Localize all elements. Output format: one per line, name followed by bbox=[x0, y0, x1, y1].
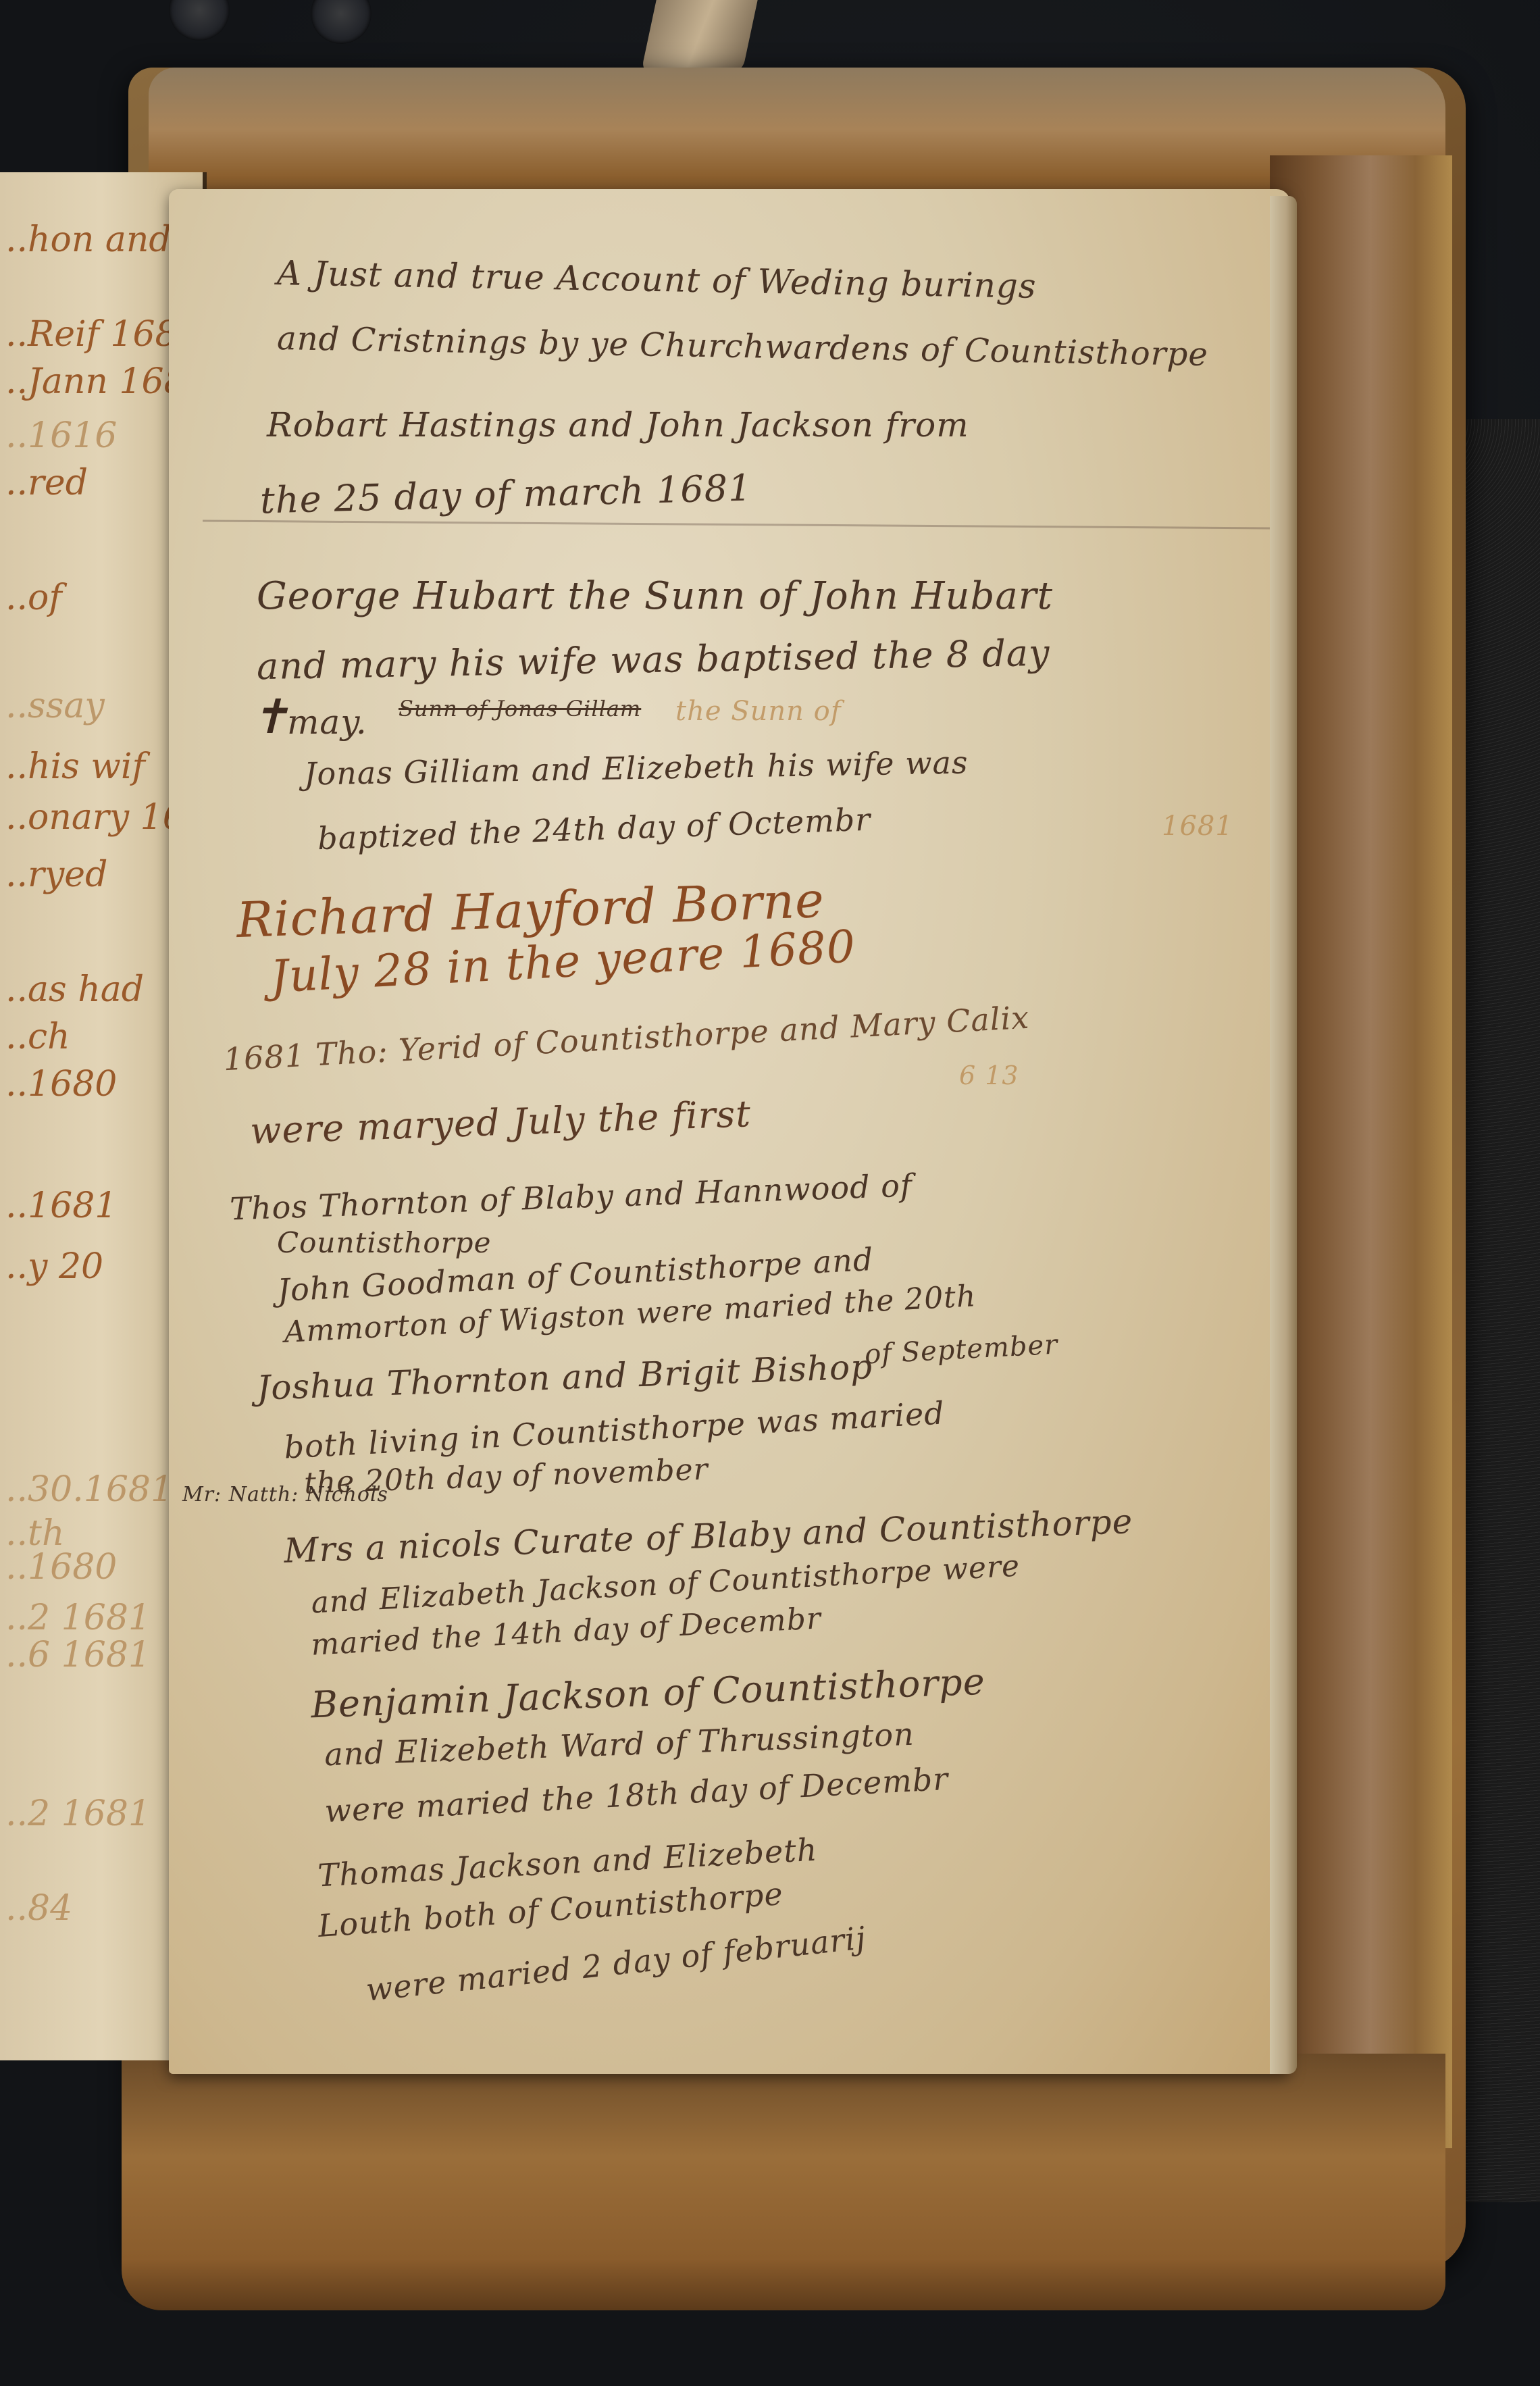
left-line: ..ssay bbox=[5, 686, 105, 726]
left-line: ..2 1681 bbox=[5, 1794, 151, 1834]
faint-note: 6 13 bbox=[959, 1061, 1019, 1090]
cover-fold-bottom bbox=[122, 2054, 1445, 2310]
left-line: ..hon and bbox=[5, 220, 172, 260]
left-line: ..1680 bbox=[5, 1547, 117, 1588]
struck-through-text: Sunn of Jonas Gillam bbox=[399, 696, 641, 721]
entry-line: may. bbox=[287, 703, 367, 742]
left-line: ..as had bbox=[5, 969, 144, 1010]
margin-note: Mr: Natth: Nichols bbox=[182, 1483, 388, 1506]
left-line: ..y 20 bbox=[5, 1246, 103, 1287]
heading-line: Robart Hastings and John Jackson from bbox=[267, 405, 969, 445]
cross-mark-icon: ✝ bbox=[250, 689, 290, 744]
page-edges bbox=[1270, 196, 1297, 2074]
entry-line: George Hubart the Sunn of John Hubart bbox=[257, 574, 1053, 618]
cover-fold-right bbox=[1270, 155, 1452, 2148]
left-line: ..red bbox=[5, 463, 88, 503]
margin-year: 1681 bbox=[1162, 811, 1233, 842]
left-line: ..1681 bbox=[5, 1186, 117, 1226]
left-line: ..1680 bbox=[5, 1064, 117, 1105]
vellum-strap bbox=[640, 0, 757, 74]
left-line: ..84 bbox=[5, 1888, 72, 1929]
left-line: ..of bbox=[5, 578, 62, 618]
left-line: ..ryed bbox=[5, 855, 107, 895]
left-line: ..1616 bbox=[5, 415, 117, 456]
left-line: ..30.1681 bbox=[5, 1469, 173, 1510]
entry-line: Countisthorpe bbox=[277, 1226, 491, 1259]
left-line: ..ch bbox=[5, 1017, 70, 1057]
faint-note: the Sunn of bbox=[675, 696, 842, 727]
left-line: ..6 1681 bbox=[5, 1635, 151, 1675]
left-line: ..2 1681 bbox=[5, 1598, 151, 1638]
left-line: ..his wif bbox=[5, 746, 145, 787]
